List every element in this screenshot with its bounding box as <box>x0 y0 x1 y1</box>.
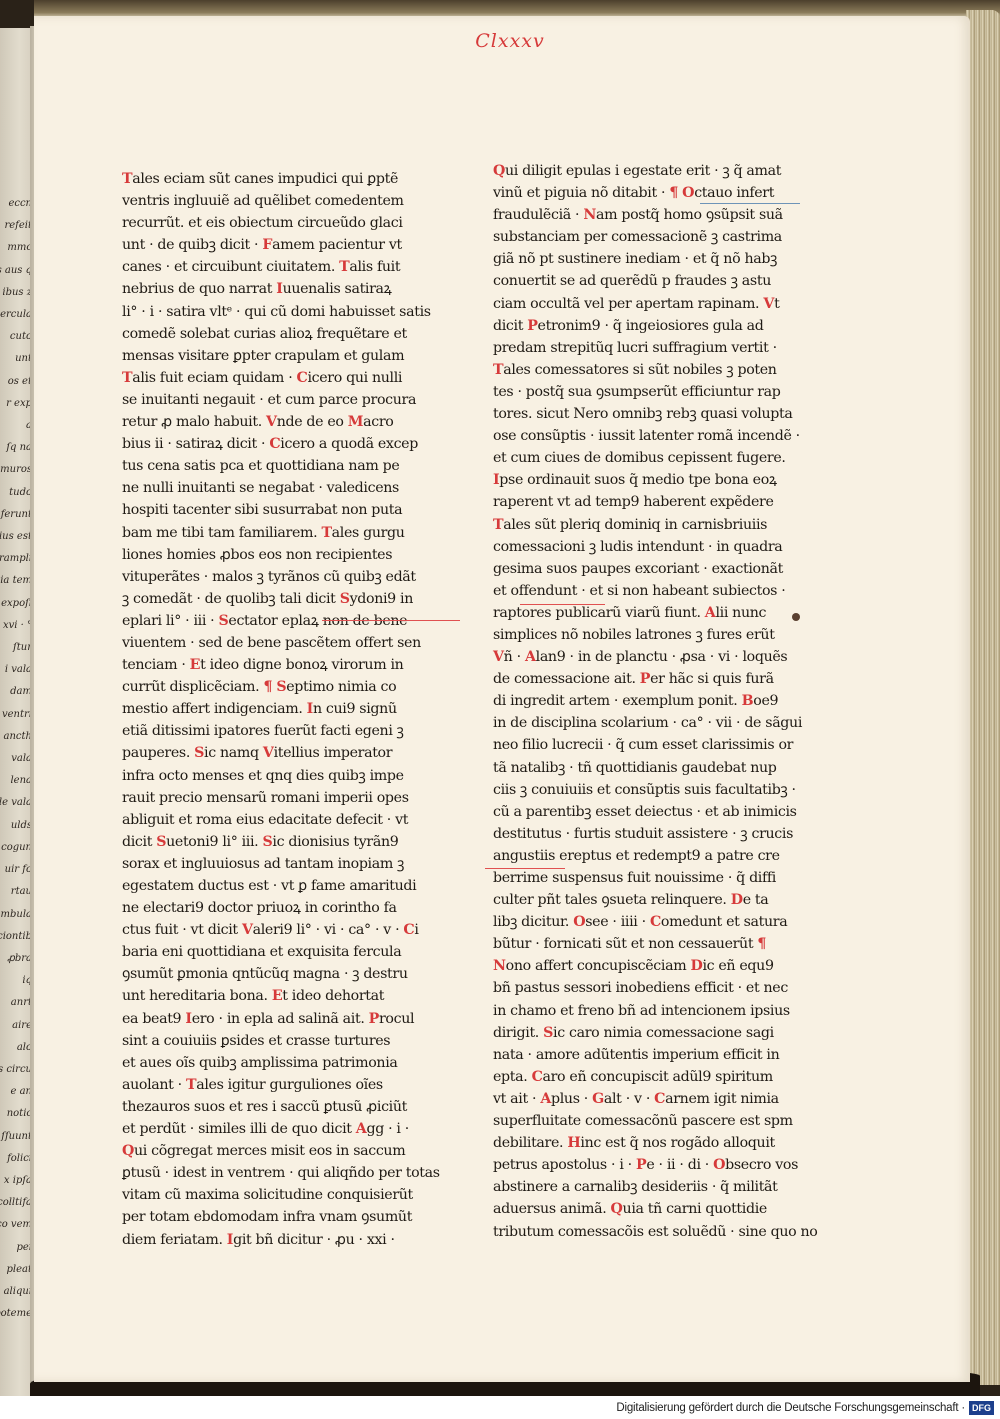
text-column-right: Qui diligit epulas i egestate erit · ꝫ q… <box>493 160 823 1243</box>
facing-fragment: folici <box>0 1148 32 1170</box>
funding-credit: Digitalisierung gefördert durch die Deut… <box>616 1402 965 1414</box>
text-line: tributum comessacõis est soluẽdũ · sine … <box>493 1221 823 1243</box>
text-line: neo filio lucrecii · q̃ cum esset claris… <box>493 734 823 756</box>
facing-fragment: ° · xvi <box>0 615 32 637</box>
text-line: tã natalibꝫ · tñ quottidianis gaudebat n… <box>493 757 823 779</box>
text-line: cũ a parentibꝫ esset deiectus · et ab in… <box>493 801 823 823</box>
facing-fragment: r exp <box>0 393 32 415</box>
text-line: comessacioni ꝫ ludis intendunt · in quad… <box>493 536 823 558</box>
text-line: ose consũptis · iussit latenter romã inc… <box>493 425 823 447</box>
facing-fragment: uir fo <box>0 859 32 881</box>
text-line: Ipse ordinauit suos q̃ medio tpe bona eo… <box>493 469 823 491</box>
text-line: Tales comessatores si sũt nobiles ꝫ pote… <box>493 359 823 381</box>
facing-fragment: s aus q <box>0 260 32 282</box>
facing-fragment: muros <box>0 459 32 481</box>
text-line: canes · et circuibunt ciuitatem. Talis f… <box>122 256 467 278</box>
text-line: li° · i · satira vltᵉ · qui cũ domi habu… <box>122 301 467 323</box>
text-line: abstinere a carnalibꝫ desideriis · q̃ mi… <box>493 1176 823 1198</box>
text-line: bũtur · fornicati sũt et non cessauerũt … <box>493 933 823 955</box>
text-line: viuentem · sed de bene pascẽtem offert s… <box>122 632 467 654</box>
text-line: ne nulli inuitanti se negabat · valedice… <box>122 477 467 499</box>
text-line: libꝫ dicitur. Osee · iiii · Comedunt et … <box>493 911 823 933</box>
text-line: unt hereditaria bona. Et ideo dehortat <box>122 985 467 1007</box>
text-line: Vñ · Alan9 · in de planctu · ꝓsa · vi · … <box>493 646 823 668</box>
facing-fragment: ventri <box>0 704 32 726</box>
facing-fragment: rampli <box>0 548 32 570</box>
text-line: dirigit. Sic caro nimia comessacione sag… <box>493 1022 823 1044</box>
facing-fragment: ia tem <box>0 570 32 592</box>
text-line: currũt displicẽciam. ¶ Septimo nimia co <box>122 676 467 698</box>
text-line: simplices nõ nobiles latrones ꝫ fures er… <box>493 624 823 646</box>
facing-fragment: anrt <box>0 992 32 1014</box>
text-line: tus cena satis pca et quottidiana nam pe <box>122 455 467 477</box>
facing-fragment: ciontib <box>0 926 32 948</box>
text-line: Qui diligit epulas i egestate erit · ꝫ q… <box>493 160 823 182</box>
text-line: conuertit se ad querẽdũ p fraudes ꝫ astu <box>493 270 823 292</box>
text-line: Talis fuit eciam quidam · Cicero qui nul… <box>122 367 467 389</box>
text-line: retur ꝓ malo habuit. Vnde de eo Macro <box>122 411 467 433</box>
facing-fragment: unt <box>0 348 32 370</box>
text-line: vt ait · Aplus · Galt · v · Carnem igit … <box>493 1088 823 1110</box>
facing-fragment: ferunt <box>0 504 32 526</box>
facing-fragment: iq <box>0 970 32 992</box>
blue-underline <box>700 203 800 204</box>
text-line: epta. Caro eñ concupiscit adũl9 spiritum <box>493 1066 823 1088</box>
text-line: vitam cũ maxima solicitudine conquisierũ… <box>122 1184 467 1206</box>
facing-fragment: ibus z <box>0 282 32 304</box>
text-line: giã nõ pt sustinere inediam · et q̃ nõ h… <box>493 248 823 270</box>
text-line: ventris ingluuiẽ ad quẽlibet comedentem <box>122 190 467 212</box>
text-line: vituperãtes · malos ꝫ tyrãnos cũ quibꝫ e… <box>122 566 467 588</box>
facing-fragment: ſq na <box>0 437 32 459</box>
text-line: hospiti tacenter sibi susurrabat non put… <box>122 499 467 521</box>
text-line: ꝫ comedãt · de quolibꝫ tali dicit Sydoni… <box>122 588 467 610</box>
facing-fragment: x ipſa <box>0 1170 32 1192</box>
text-line: sint a couiuiis ꝑsides et crasse turture… <box>122 1030 467 1052</box>
text-line: in chamo et freno bñ ad intencionem ipsi… <box>493 1000 823 1022</box>
text-line: nata · amore adũtentis imperium efficit … <box>493 1044 823 1066</box>
facing-fragment: i vala <box>0 659 32 681</box>
rubric-underline <box>322 620 460 621</box>
facing-fragment: pei <box>0 1237 32 1259</box>
text-line: superfluitate comessacõnũ pascere est sp… <box>493 1110 823 1132</box>
text-line: liones homies ꝓbos eos non recipientes <box>122 544 467 566</box>
text-line: auolant · Tales igitur gurguliones oĩes <box>122 1074 467 1096</box>
facing-fragment: vala <box>0 748 32 770</box>
facing-fragment: ſſuunt <box>0 1126 32 1148</box>
text-line: ea beat9 Iero · in epla ad salinã ait. P… <box>122 1008 467 1030</box>
facing-fragment: tudo <box>0 482 32 504</box>
text-line: et cum ciues de domibus cepissent fugere… <box>493 447 823 469</box>
facing-fragment: ale vala <box>0 792 32 814</box>
text-line: bñ pastus sessori inobediens efficit · e… <box>493 977 823 999</box>
text-line: diem feriatam. Igit bñ dicitur · ꝓu · xx… <box>122 1229 467 1251</box>
text-line: fraudulẽciã · Nam postq̃ homo ꝯsũpsit su… <box>493 204 823 226</box>
text-line: mensas visitare ꝑpter crapulam et gulam <box>122 345 467 367</box>
ink-spot <box>792 613 800 621</box>
text-line: unt · de quibꝫ dicit · Famem pacientur v… <box>122 234 467 256</box>
text-line: petrus apostolus · i · Pe · ii · di · Ob… <box>493 1154 823 1176</box>
facing-fragment: cogun <box>0 837 32 859</box>
text-line: di ingredit artem · exemplum ponit. Boe9 <box>493 690 823 712</box>
text-line: dicit Petronim9 · q̃ ingeiosiores gula a… <box>493 315 823 337</box>
text-line: tores. sicut Nero omnibꝫ rebꝫ quasi volu… <box>493 403 823 425</box>
text-line: ꝯsumũt ꝑmonia qntũcũq magna · ꝫ destru <box>122 963 467 985</box>
text-line: predam strepitũq lucri suffragium vertit… <box>493 337 823 359</box>
facing-fragment: expoſi <box>0 593 32 615</box>
text-line: et aues oĩs quibꝫ amplissima patrimonia <box>122 1052 467 1074</box>
facing-fragment: dam <box>0 681 32 703</box>
text-column-left: Tales eciam sũt canes impudici qui ꝑptẽv… <box>122 168 467 1251</box>
text-line: angustiis ereptus et redempt9 a patre cr… <box>493 845 823 867</box>
text-line: culter pñt tales ꝯsueta relinquere. De t… <box>493 889 823 911</box>
folio-number: Clxxxv <box>470 30 550 52</box>
text-line: nebrius de quo narrat Iuuenalis satiraꝝ <box>122 278 467 300</box>
facing-fragment: es circu <box>0 1059 32 1081</box>
text-line: bius ii · satiraꝝ dicit · Cicero a quodã… <box>122 433 467 455</box>
text-line: berrime suspensus fuit nouissime · q̃ di… <box>493 867 823 889</box>
text-line: comedẽ solebat curias alioꝝ frequẽtare e… <box>122 323 467 345</box>
text-line: aduersus animã. Quia tñ carni quottidie <box>493 1198 823 1220</box>
scanned-book-spread: eccnrefeitmmcs aus qibus zerculacutounto… <box>0 0 1000 1396</box>
facing-fragment: poteme <box>0 1303 32 1325</box>
text-line: et offendunt · et si non habeant subiect… <box>493 580 823 602</box>
facing-fragment: rtau <box>0 881 32 903</box>
facing-fragment: ꝓbra <box>0 948 32 970</box>
text-line: baria eni quottidiana et exquisita fercu… <box>122 941 467 963</box>
facing-fragment: colltifa <box>0 1192 32 1214</box>
text-line: ꝑtusũ · idest in ventrem · qui aliqñdo p… <box>122 1162 467 1184</box>
text-line: ne electari9 doctor priuoꝝ in corintho f… <box>122 897 467 919</box>
text-line: pauperes. Sic namq Vitellius imperator <box>122 742 467 764</box>
dfg-logo: DFG <box>969 1401 994 1415</box>
facing-fragment: cuto <box>0 326 32 348</box>
facing-fragment: refeit <box>0 215 32 237</box>
facing-fragment: eccn <box>0 193 32 215</box>
text-line: ctus fuit · vt dicit Valeri9 li° · vi · … <box>122 919 467 941</box>
text-line: dicit Suetoni9 li° iii. Sic dionisius ty… <box>122 831 467 853</box>
text-line: se inuitanti negauit · et cum parce proc… <box>122 389 467 411</box>
facing-fragment: a <box>0 415 32 437</box>
text-line: tes · postq̃ sua ꝯsumpserũt efficiuntur … <box>493 381 823 403</box>
facing-fragment: ercula <box>0 304 32 326</box>
text-line: Nono affert concupiscẽciam Dic eñ equ9 <box>493 955 823 977</box>
facing-fragment: aire <box>0 1015 32 1037</box>
rubric-underline <box>520 604 605 605</box>
facing-fragment: ancth <box>0 726 32 748</box>
facing-fragment: os et <box>0 371 32 393</box>
text-line: raperent vt ad temp9 haberent expẽdere <box>493 491 823 513</box>
text-line: infra octo menses et qnq dies quibꝫ impe <box>122 765 467 787</box>
text-line: Qui cõgregat merces misit eos in saccum <box>122 1140 467 1162</box>
text-line: rauit precio mensarũ romani imperii opes <box>122 787 467 809</box>
text-line: sorax et ingluuiosus ad tantam inopiam ꝫ <box>122 853 467 875</box>
facing-fragment: alo <box>0 1037 32 1059</box>
text-line: in de disciplina scolarium · ca° · vii ·… <box>493 712 823 734</box>
text-line: ciis ꝫ conuiuiis et consũptis suis facul… <box>493 779 823 801</box>
text-line: Tales sũt pleriq dominiq in carnisbriuii… <box>493 514 823 536</box>
text-line: Tales eciam sũt canes impudici qui ꝑptẽ <box>122 168 467 190</box>
text-line: tenciam · Et ideo digne bonoꝝ virorum in <box>122 654 467 676</box>
text-line: de comessacione ait. Per hãc si quis fur… <box>493 668 823 690</box>
facing-fragment: e an <box>0 1081 32 1103</box>
text-line: gesima suos paupes excoriant · exactionã… <box>493 558 823 580</box>
text-line: raptores publicarũ viarũ fiunt. Alii nun… <box>493 602 823 624</box>
facing-fragment: ico vem <box>0 1214 32 1236</box>
book-fore-edge <box>966 10 1000 1385</box>
footer-credit-bar: Digitalisierung gefördert durch die Deut… <box>0 1396 1000 1419</box>
facing-fragment: ius est <box>0 526 32 548</box>
facing-fragment: pleat <box>0 1259 32 1281</box>
text-line: abliguit et roma eius edacitate defecit … <box>122 809 467 831</box>
text-line: mestio affert indigenciam. In cui9 signũ <box>122 698 467 720</box>
facing-fragment: mmc <box>0 237 32 259</box>
text-line: per totam ebdomodam infra vnam ꝯsumũt <box>122 1206 467 1228</box>
text-line: vinũ et piguia nõ ditabit · ¶ Octauo inf… <box>493 182 823 204</box>
facing-fragment: m aliqui <box>0 1281 32 1303</box>
facing-fragment: ambula <box>0 904 32 926</box>
text-line: substanciam per comessacionẽ ꝫ castrima <box>493 226 823 248</box>
text-line: ciam occultã vel per apertam rapinam. Vt <box>493 293 823 315</box>
text-line: bam me tibi tam familiarem. Tales gurgu <box>122 522 467 544</box>
facing-fragment: notic <box>0 1103 32 1125</box>
text-line: et perdũt · similes illi de quo dicit Ag… <box>122 1118 467 1140</box>
rubric-underline <box>485 868 565 869</box>
facing-fragment: ulds <box>0 815 32 837</box>
facing-page-edge: eccnrefeitmmcs aus qibus zerculacutounto… <box>0 28 32 1396</box>
facing-fragment: lena <box>0 770 32 792</box>
text-line: debilitare. Hinc est q̃ nos rogãdo alloq… <box>493 1132 823 1154</box>
text-line: thezauros suos et res i saccũ ꝑtusũ ꝓici… <box>122 1096 467 1118</box>
facing-fragment: ſtur <box>0 637 32 659</box>
facing-page-text-fragments: eccnrefeitmmcs aus qibus zerculacutounto… <box>0 193 32 1325</box>
text-line: egestatem ductus est · vt ꝑ fame amaritu… <box>122 875 467 897</box>
text-line: recurrũt. et eis obiectum circueũdo glac… <box>122 212 467 234</box>
text-line: destitutus · furtis studuit assistere · … <box>493 823 823 845</box>
text-line: etiã ditissimi ipatores fuerũt facti ege… <box>122 720 467 742</box>
